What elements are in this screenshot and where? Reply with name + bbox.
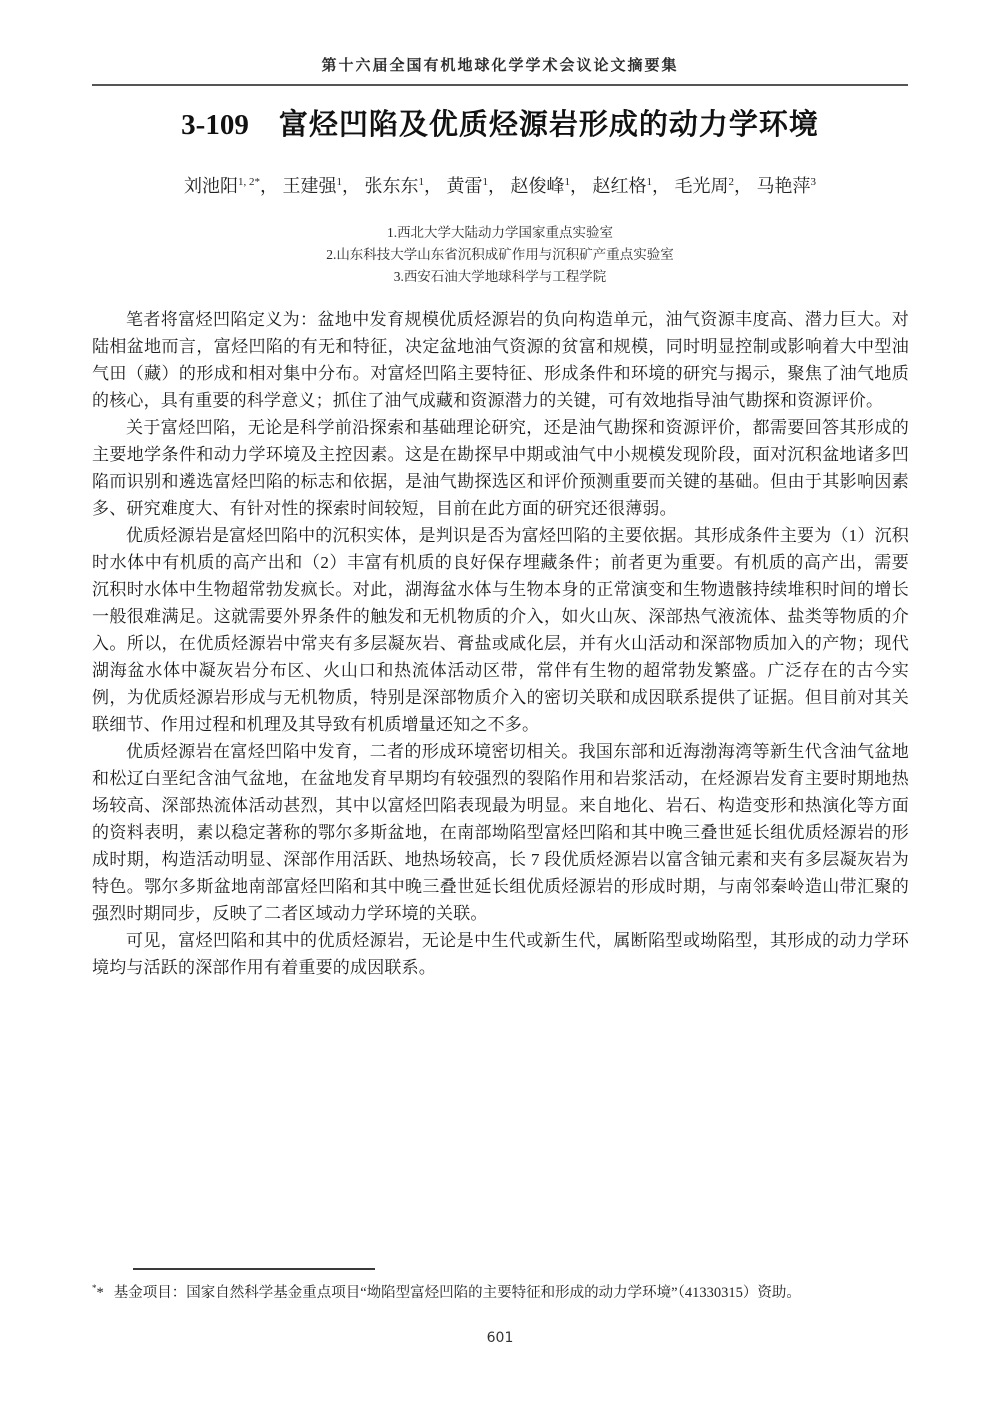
footnote-text: 基金项目：国家自然科学基金重点项目“坳陷型富烃凹陷的主要特征和形成的动力学环境”… [114,1285,801,1301]
author-separator: ， [488,176,506,196]
author-line: 刘池阳1, 2*， 王建强1， 张东东1， 黄雷1， 赵俊峰1， 赵红格1， 毛… [0,172,1000,198]
author-affiliation-sup: 1, 2* [238,176,260,188]
paragraph-4: 优质烃源岩在富烃凹陷中发育，二者的形成环境密切相关。我国东部和近海渤海湾等新生代… [92,738,909,927]
author: 黄雷1， [447,176,507,196]
page-number: 601 [0,1330,1000,1346]
author-separator: ， [652,176,670,196]
author: 赵红格1， [593,176,671,196]
paper-page: 第十六届全国有机地球化学学术会议论文摘要集 3-109富烃凹陷及优质烃源岩形成的… [0,0,1000,1413]
paragraph-2: 关于富烃凹陷，无论是科学前沿探索和基础理论研究，还是油气勘探和资源评价，都需要回… [92,414,909,522]
paragraph-5: 可见，富烃凹陷和其中的优质烃源岩，无论是中生代或新生代，属断陷型或坳陷型，其形成… [92,927,909,981]
article-title: 3-109富烃凹陷及优质烃源岩形成的动力学环境 [0,102,1000,143]
footnote-marker: ** [92,1285,104,1301]
author-separator: ， [260,176,278,196]
author: 马艳萍3 [757,176,817,196]
paragraph-3: 优质烃源岩是富烃凹陷中的沉积实体，是判识是否为富烃凹陷的主要依据。其形成条件主要… [92,522,909,738]
affiliation-1: 1.西北大学大陆动力学国家重点实验室 [0,222,1000,244]
affiliation-3: 3.西安石油大学地球科学与工程学院 [0,266,1000,288]
author-separator: ， [570,176,588,196]
author-affiliation-sup: 3 [811,176,817,188]
affiliation-2: 2.山东科技大学山东省沉积成矿作用与沉积矿产重点实验室 [0,244,1000,266]
author: 赵俊峰1， [511,176,589,196]
footnote-separator-rule [133,1268,375,1270]
author: 毛光周2， [675,176,753,196]
author-separator: ， [424,176,442,196]
funding-footnote: **基金项目：国家自然科学基金重点项目“坳陷型富烃凹陷的主要特征和形成的动力学环… [92,1282,914,1304]
author: 张东东1， [365,176,443,196]
running-head: 第十六届全国有机地球化学学术会议论文摘要集 [0,54,1000,75]
article-number: 3-109 [181,109,249,141]
author: 王建强1， [283,176,361,196]
author-separator: ， [342,176,360,196]
affiliation-list: 1.西北大学大陆动力学国家重点实验室 2.山东科技大学山东省沉积成矿作用与沉积矿… [0,222,1000,288]
header-rule [92,84,908,86]
abstract-body: 笔者将富烃凹陷定义为：盆地中发育规模优质烃源岩的负向构造单元，油气资源丰度高、潜… [92,306,909,981]
author-separator: ， [734,176,752,196]
article-title-text: 富烃凹陷及优质烃源岩形成的动力学环境 [279,109,819,141]
paragraph-1: 笔者将富烃凹陷定义为：盆地中发育规模优质烃源岩的负向构造单元，油气资源丰度高、潜… [92,306,909,414]
author: 刘池阳1, 2*， [184,176,278,196]
